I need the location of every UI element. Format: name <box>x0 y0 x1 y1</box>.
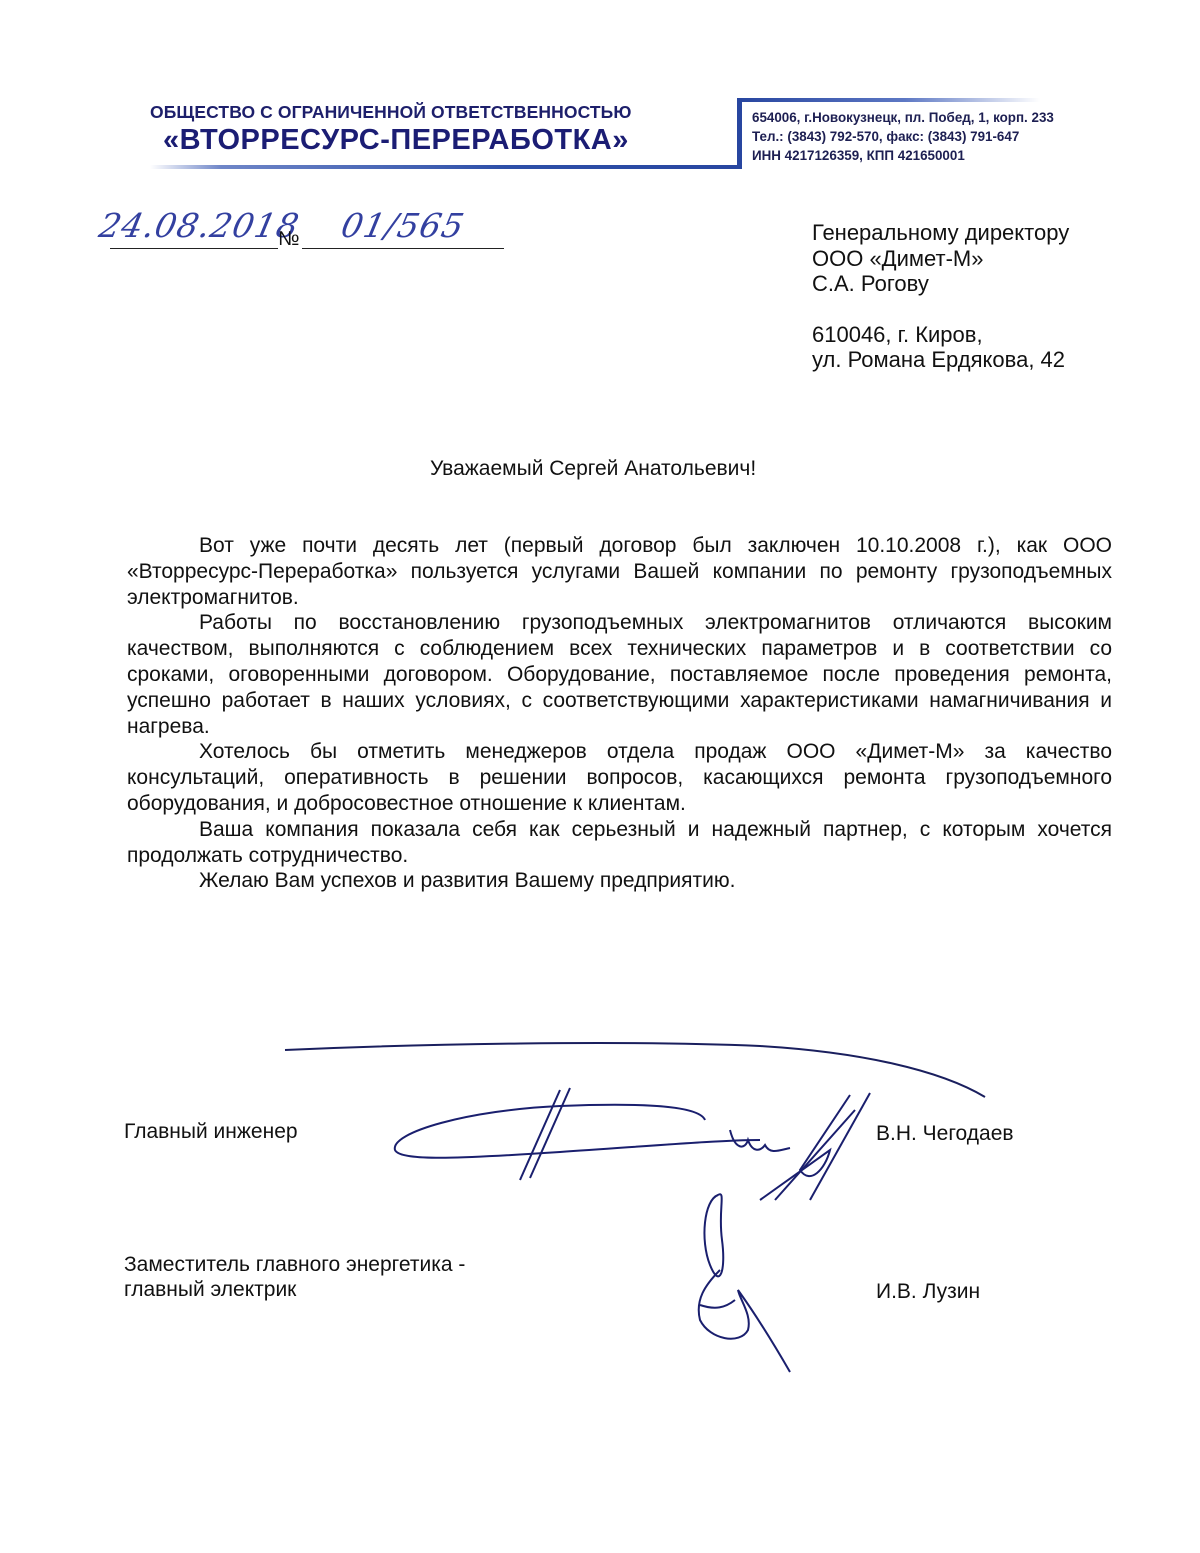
signatory-name: И.В. Лузин <box>876 1280 980 1304</box>
signature-luzin <box>0 0 1200 1553</box>
